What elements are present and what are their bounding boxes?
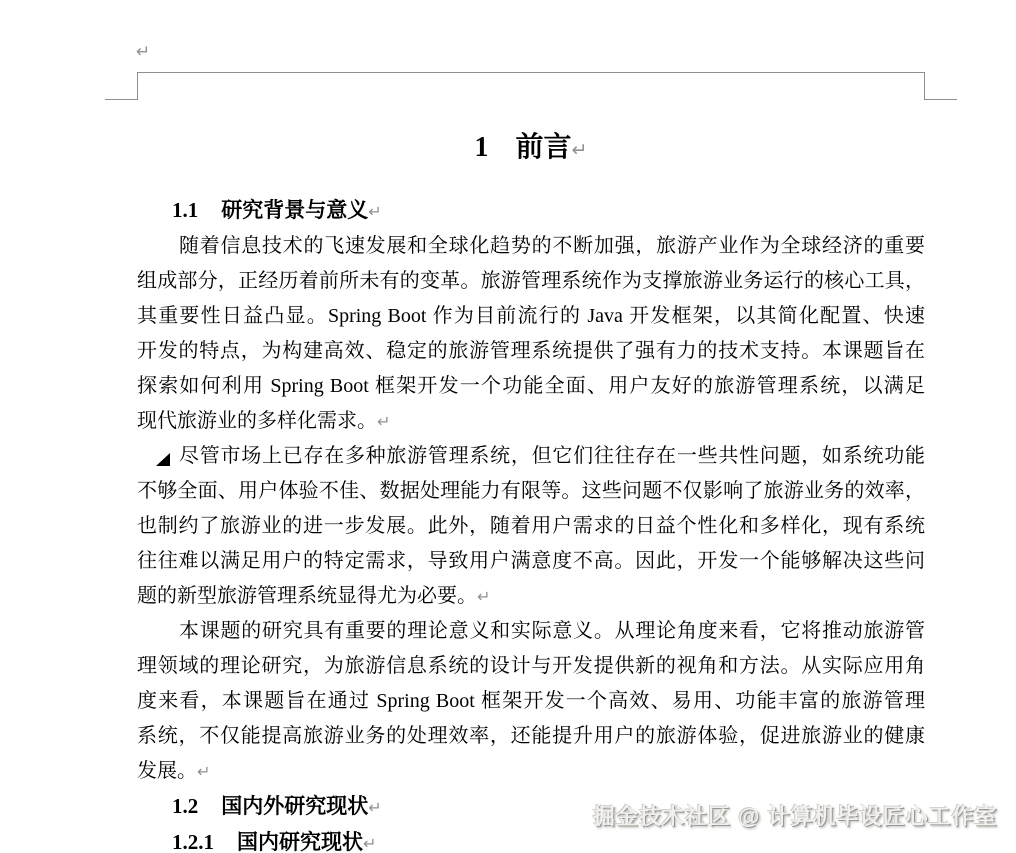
text-line: 其重要性日益凸显。Spring Boot 作为目前流行的 Java 开发框架，以… <box>137 299 925 334</box>
text-line: 不够全面、用户体验不佳、数据处理能力有限等。这些问题不仅影响了旅游业务的效率， <box>137 474 925 509</box>
paragraph: 本课题的研究具有重要的理论意义和实际意义。从理论角度来看，它将推动旅游管 理领域… <box>137 614 925 789</box>
paragraph-mark-icon: ↵ <box>368 798 381 817</box>
text-line: 也制约了旅游业的进一步发展。此外，随着用户需求的日益个性化和多样化，现有系统 <box>137 509 925 544</box>
cursor-triangle-icon <box>156 453 170 466</box>
text-line: 开发的特点，为构建高效、稳定的旅游管理系统提供了强有力的技术支持。本课题旨在 <box>137 334 925 369</box>
text-line-text: 尽管市场上已存在多种旅游管理系统，但它们往往存在一些共性问题，如系统功能 <box>179 445 925 467</box>
paragraph-mark-icon: ↵ <box>572 139 588 161</box>
text-line: 探索如何利用 Spring Boot 框架开发一个功能全面、用户友好的旅游管理系… <box>137 369 925 404</box>
document-content: 1前言↵ 1.1研究背景与意义↵ 随着信息技术的飞速发展和全球化趋势的不断加强，… <box>137 125 925 853</box>
chapter-title: 1前言↵ <box>137 125 925 173</box>
section-number: 1.2 <box>172 794 198 818</box>
section-heading-text: 研究背景与意义 <box>221 198 368 222</box>
paragraph-mark-icon: ↵ <box>377 412 390 431</box>
paragraph: 随着信息技术的飞速发展和全球化趋势的不断加强，旅游产业作为全球经济的重要 组成部… <box>137 229 925 439</box>
text-line: 尽管市场上已存在多种旅游管理系统，但它们往往存在一些共性问题，如系统功能 <box>137 439 925 474</box>
chapter-number: 1 <box>475 132 489 163</box>
paragraph: 尽管市场上已存在多种旅游管理系统，但它们往往存在一些共性问题，如系统功能 不够全… <box>137 439 925 614</box>
paragraph-mark-icon: ↵ <box>197 762 210 781</box>
margin-corner-right-vertical <box>924 72 925 100</box>
header-paragraph-mark-icon: ↵ <box>136 42 150 62</box>
text-line: 理领域的理论研究，为旅游信息系统的设计与开发提供新的视角和方法。从实际应用角 <box>137 649 925 684</box>
chapter-title-text: 前言 <box>516 132 572 163</box>
paragraph-mark-icon: ↵ <box>363 834 376 853</box>
text-line: 度来看，本课题旨在通过 Spring Boot 框架开发一个高效、易用、功能丰富… <box>137 684 925 719</box>
text-line: 往往难以满足用户的特定需求，导致用户满意度不高。因此，开发一个能够解决这些问 <box>137 544 925 579</box>
text-line: 现代旅游业的多样化需求。↵ <box>137 404 925 439</box>
text-line-text: 现代旅游业的多样化需求。 <box>137 410 377 432</box>
text-line: 发展。↵ <box>137 754 925 789</box>
margin-corner-left-horizontal <box>105 99 138 100</box>
paragraph-mark-icon: ↵ <box>368 202 381 221</box>
margin-corner-right-horizontal <box>924 99 957 100</box>
section-heading-1-1: 1.1研究背景与意义↵ <box>137 193 925 229</box>
text-line-text: 题的新型旅游管理系统显得尤为必要。 <box>137 585 477 607</box>
section-heading-text: 国内外研究现状 <box>221 794 368 818</box>
text-line-text: 发展。 <box>137 760 197 782</box>
watermark: 掘金技术社区 @ 计算机毕设匠心工作室 <box>593 797 998 837</box>
document-page: ↵ 1前言↵ 1.1研究背景与意义↵ 随着信息技术的飞速发展和全球化趋势的不断加… <box>0 0 1016 853</box>
text-line: 组成部分，正经历着前所未有的变革。旅游管理系统作为支撑旅游业务运行的核心工具， <box>137 264 925 299</box>
text-line: 随着信息技术的飞速发展和全球化趋势的不断加强，旅游产业作为全球经济的重要 <box>137 229 925 264</box>
section-number: 1.1 <box>172 198 198 222</box>
section-heading-text: 国内研究现状 <box>237 830 363 853</box>
text-line: 系统，不仅能提高旅游业务的处理效率，还能提升用户的旅游体验，促进旅游业的健康 <box>137 719 925 754</box>
paragraph-mark-icon: ↵ <box>477 587 490 606</box>
margin-corner-left-vertical <box>137 72 138 100</box>
text-line: 本课题的研究具有重要的理论意义和实际意义。从理论角度来看，它将推动旅游管 <box>137 614 925 649</box>
margin-top-line <box>137 72 925 73</box>
section-number: 1.2.1 <box>172 830 214 853</box>
text-line: 题的新型旅游管理系统显得尤为必要。↵ <box>137 579 925 614</box>
